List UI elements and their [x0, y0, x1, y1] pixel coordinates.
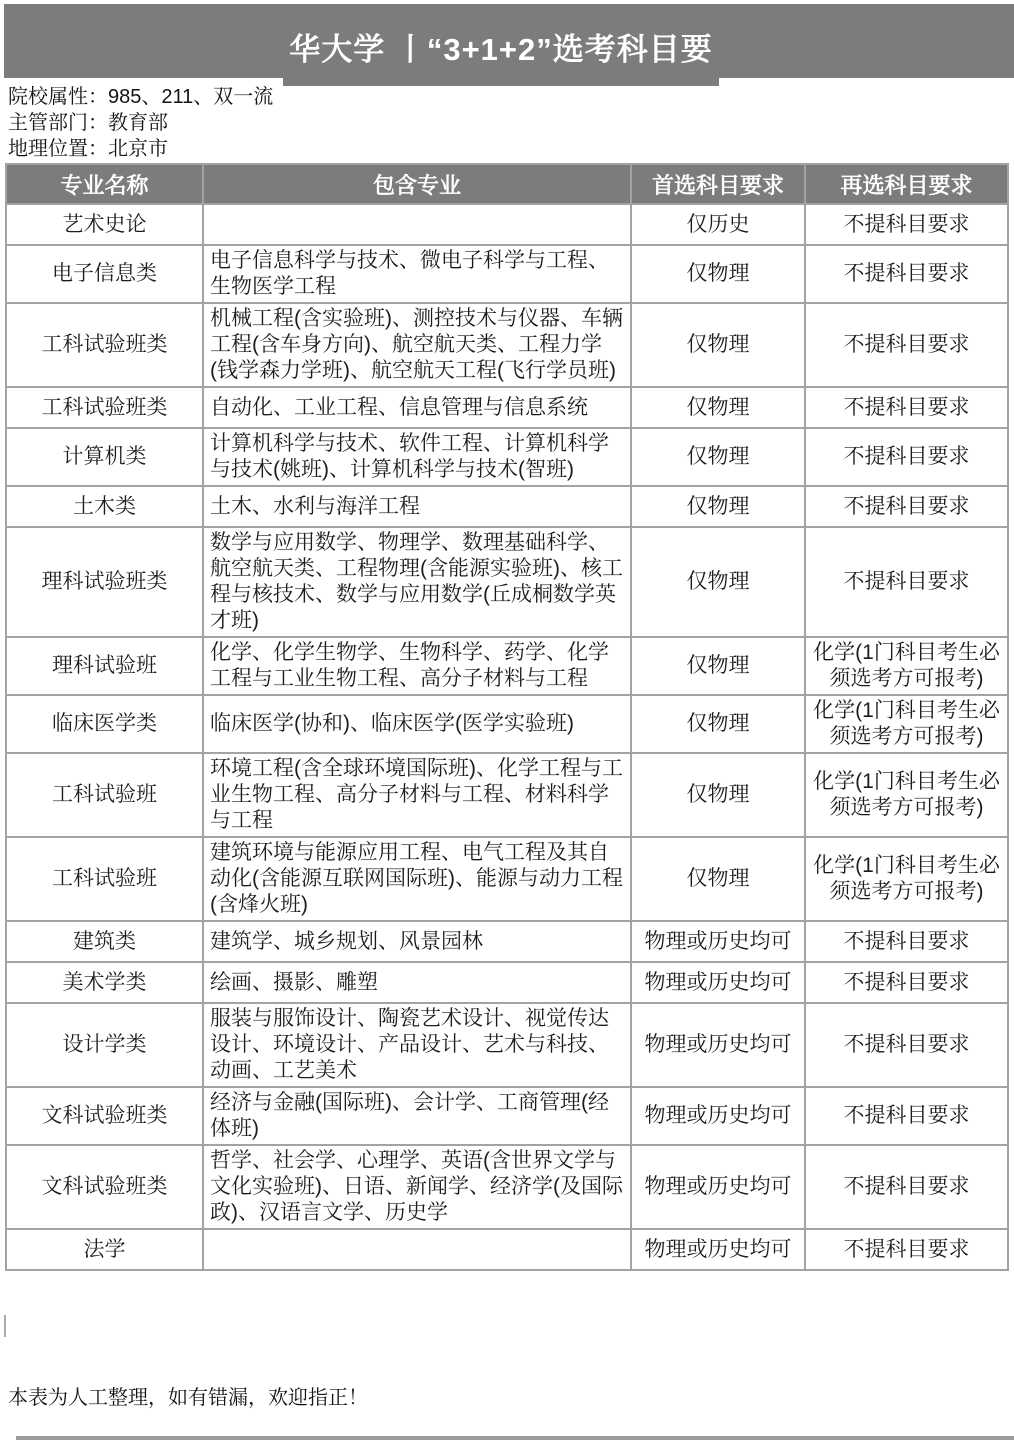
table-row: 理科试验班化学、化学生物学、生物科学、药学、化学工程与工业生物工程、高分子材料与… — [6, 637, 1008, 695]
bottom-divider — [16, 1436, 1014, 1440]
cell-major-name: 工科试验班 — [6, 837, 203, 921]
table-left-border-stub — [4, 1315, 6, 1337]
table-header-row: 专业名称 包含专业 首选科目要求 再选科目要求 — [6, 164, 1008, 204]
cell-second-choice: 不提科目要求 — [805, 962, 1008, 1003]
cell-first-choice: 仅物理 — [631, 527, 805, 637]
cell-second-choice: 不提科目要求 — [805, 1229, 1008, 1270]
cell-first-choice: 物理或历史均可 — [631, 1229, 805, 1270]
cell-first-choice: 仅物理 — [631, 387, 805, 428]
table-row: 建筑类建筑学、城乡规划、风景园林物理或历史均可不提科目要求 — [6, 921, 1008, 962]
table-row: 艺术史论仅历史不提科目要求 — [6, 204, 1008, 245]
cell-second-choice: 不提科目要求 — [805, 527, 1008, 637]
cell-first-choice: 仅物理 — [631, 245, 805, 303]
cell-first-choice: 仅物理 — [631, 837, 805, 921]
cell-second-choice: 化学(1门科目考生必须选考方可报考) — [805, 695, 1008, 753]
cell-included-majors: 绘画、摄影、雕塑 — [203, 962, 631, 1003]
cell-first-choice: 物理或历史均可 — [631, 921, 805, 962]
cell-major-name: 理科试验班类 — [6, 527, 203, 637]
cell-included-majors: 土木、水利与海洋工程 — [203, 486, 631, 527]
table-row: 美术学类绘画、摄影、雕塑物理或历史均可不提科目要求 — [6, 962, 1008, 1003]
table-row: 文科试验班类经济与金融(国际班)、会计学、工商管理(经体班)物理或历史均可不提科… — [6, 1087, 1008, 1145]
footer-note: 本表为人工整理，如有错漏，欢迎指正！ — [8, 1381, 368, 1410]
cell-major-name: 工科试验班类 — [6, 387, 203, 428]
cell-major-name: 电子信息类 — [6, 245, 203, 303]
cell-included-majors: 临床医学(协和)、临床医学(医学实验班) — [203, 695, 631, 753]
cell-major-name: 工科试验班类 — [6, 303, 203, 387]
cell-second-choice: 化学(1门科目考生必须选考方可报考) — [805, 753, 1008, 837]
cell-second-choice: 不提科目要求 — [805, 1003, 1008, 1087]
table-row: 工科试验班类机械工程(含实验班)、测控技术与仪器、车辆工程(含车身方向)、航空航… — [6, 303, 1008, 387]
title-box: 华大学 丨“3+1+2”选考科目要 — [283, 6, 719, 86]
cell-included-majors: 计算机科学与技术、软件工程、计算机科学与技术(姚班)、计算机科学与技术(智班) — [203, 428, 631, 486]
cell-second-choice: 不提科目要求 — [805, 303, 1008, 387]
cell-first-choice: 仅物理 — [631, 303, 805, 387]
cell-included-majors — [203, 204, 631, 245]
cell-included-majors: 数学与应用数学、物理学、数理基础科学、航空航天类、工程物理(含能源实验班)、核工… — [203, 527, 631, 637]
cell-major-name: 理科试验班 — [6, 637, 203, 695]
table-row: 理科试验班类数学与应用数学、物理学、数理基础科学、航空航天类、工程物理(含能源实… — [6, 527, 1008, 637]
cell-major-name: 艺术史论 — [6, 204, 203, 245]
cell-included-majors: 化学、化学生物学、生物科学、药学、化学工程与工业生物工程、高分子材料与工程 — [203, 637, 631, 695]
cell-first-choice: 物理或历史均可 — [631, 1087, 805, 1145]
table-row: 设计学类服装与服饰设计、陶瓷艺术设计、视觉传达设计、环境设计、产品设计、艺术与科… — [6, 1003, 1008, 1087]
cell-major-name: 计算机类 — [6, 428, 203, 486]
cell-included-majors: 电子信息科学与技术、微电子科学与工程、生物医学工程 — [203, 245, 631, 303]
subject-requirements-table: 专业名称 包含专业 首选科目要求 再选科目要求 艺术史论仅历史不提科目要求电子信… — [5, 163, 1009, 1271]
cell-first-choice: 仅历史 — [631, 204, 805, 245]
cell-included-majors: 建筑学、城乡规划、风景园林 — [203, 921, 631, 962]
cell-second-choice: 不提科目要求 — [805, 428, 1008, 486]
cell-first-choice: 仅物理 — [631, 695, 805, 753]
cell-second-choice: 不提科目要求 — [805, 387, 1008, 428]
table-row: 文科试验班类哲学、社会学、心理学、英语(含世界文学与文化实验班)、日语、新闻学、… — [6, 1145, 1008, 1229]
cell-included-majors: 哲学、社会学、心理学、英语(含世界文学与文化实验班)、日语、新闻学、经济学(及国… — [203, 1145, 631, 1229]
table-row: 临床医学类临床医学(协和)、临床医学(医学实验班)仅物理化学(1门科目考生必须选… — [6, 695, 1008, 753]
cell-first-choice: 仅物理 — [631, 486, 805, 527]
title-banner: 华大学 丨“3+1+2”选考科目要 — [4, 4, 1014, 78]
table-row: 工科试验班环境工程(含全球环境国际班)、化学工程与工业生物工程、高分子材料与工程… — [6, 753, 1008, 837]
meta-school-attributes: 院校属性：985、211、双一流 — [8, 84, 273, 110]
cell-first-choice: 仅物理 — [631, 753, 805, 837]
cell-first-choice: 仅物理 — [631, 637, 805, 695]
col-header-first-choice: 首选科目要求 — [631, 164, 805, 204]
table-row: 土木类土木、水利与海洋工程仅物理不提科目要求 — [6, 486, 1008, 527]
cell-included-majors: 服装与服饰设计、陶瓷艺术设计、视觉传达设计、环境设计、产品设计、艺术与科技、动画… — [203, 1003, 631, 1087]
table-row: 工科试验班建筑环境与能源应用工程、电气工程及其自动化(含能源互联网国际班)、能源… — [6, 837, 1008, 921]
cell-included-majors — [203, 1229, 631, 1270]
cell-second-choice: 不提科目要求 — [805, 486, 1008, 527]
cell-second-choice: 不提科目要求 — [805, 245, 1008, 303]
cell-major-name: 文科试验班类 — [6, 1087, 203, 1145]
cell-included-majors: 自动化、工业工程、信息管理与信息系统 — [203, 387, 631, 428]
cell-second-choice: 化学(1门科目考生必须选考方可报考) — [805, 637, 1008, 695]
cell-major-name: 文科试验班类 — [6, 1145, 203, 1229]
cell-second-choice: 不提科目要求 — [805, 204, 1008, 245]
cell-first-choice: 物理或历史均可 — [631, 962, 805, 1003]
cell-first-choice: 物理或历史均可 — [631, 1003, 805, 1087]
cell-second-choice: 不提科目要求 — [805, 921, 1008, 962]
table-row: 法学物理或历史均可不提科目要求 — [6, 1229, 1008, 1270]
cell-included-majors: 机械工程(含实验班)、测控技术与仪器、车辆工程(含车身方向)、航空航天类、工程力… — [203, 303, 631, 387]
table-row: 工科试验班类自动化、工业工程、信息管理与信息系统仅物理不提科目要求 — [6, 387, 1008, 428]
table-row: 电子信息类电子信息科学与技术、微电子科学与工程、生物医学工程仅物理不提科目要求 — [6, 245, 1008, 303]
meta-location: 地理位置：北京市 — [8, 136, 273, 162]
cell-major-name: 土木类 — [6, 486, 203, 527]
cell-second-choice: 化学(1门科目考生必须选考方可报考) — [805, 837, 1008, 921]
cell-major-name: 工科试验班 — [6, 753, 203, 837]
cell-major-name: 建筑类 — [6, 921, 203, 962]
cell-major-name: 法学 — [6, 1229, 203, 1270]
cell-second-choice: 不提科目要求 — [805, 1087, 1008, 1145]
col-header-included-majors: 包含专业 — [203, 164, 631, 204]
school-meta: 院校属性：985、211、双一流 主管部门：教育部 地理位置：北京市 — [8, 84, 273, 162]
cell-included-majors: 经济与金融(国际班)、会计学、工商管理(经体班) — [203, 1087, 631, 1145]
cell-major-name: 设计学类 — [6, 1003, 203, 1087]
cell-included-majors: 建筑环境与能源应用工程、电气工程及其自动化(含能源互联网国际班)、能源与动力工程… — [203, 837, 631, 921]
table-row: 计算机类计算机科学与技术、软件工程、计算机科学与技术(姚班)、计算机科学与技术(… — [6, 428, 1008, 486]
cell-included-majors: 环境工程(含全球环境国际班)、化学工程与工业生物工程、高分子材料与工程、材料科学… — [203, 753, 631, 837]
cell-major-name: 美术学类 — [6, 962, 203, 1003]
col-header-second-choice: 再选科目要求 — [805, 164, 1008, 204]
cell-major-name: 临床医学类 — [6, 695, 203, 753]
cell-first-choice: 仅物理 — [631, 428, 805, 486]
cell-second-choice: 不提科目要求 — [805, 1145, 1008, 1229]
page-title: 华大学 丨“3+1+2”选考科目要 — [289, 24, 713, 69]
col-header-major-name: 专业名称 — [6, 164, 203, 204]
cell-first-choice: 物理或历史均可 — [631, 1145, 805, 1229]
meta-supervising-department: 主管部门：教育部 — [8, 110, 273, 136]
